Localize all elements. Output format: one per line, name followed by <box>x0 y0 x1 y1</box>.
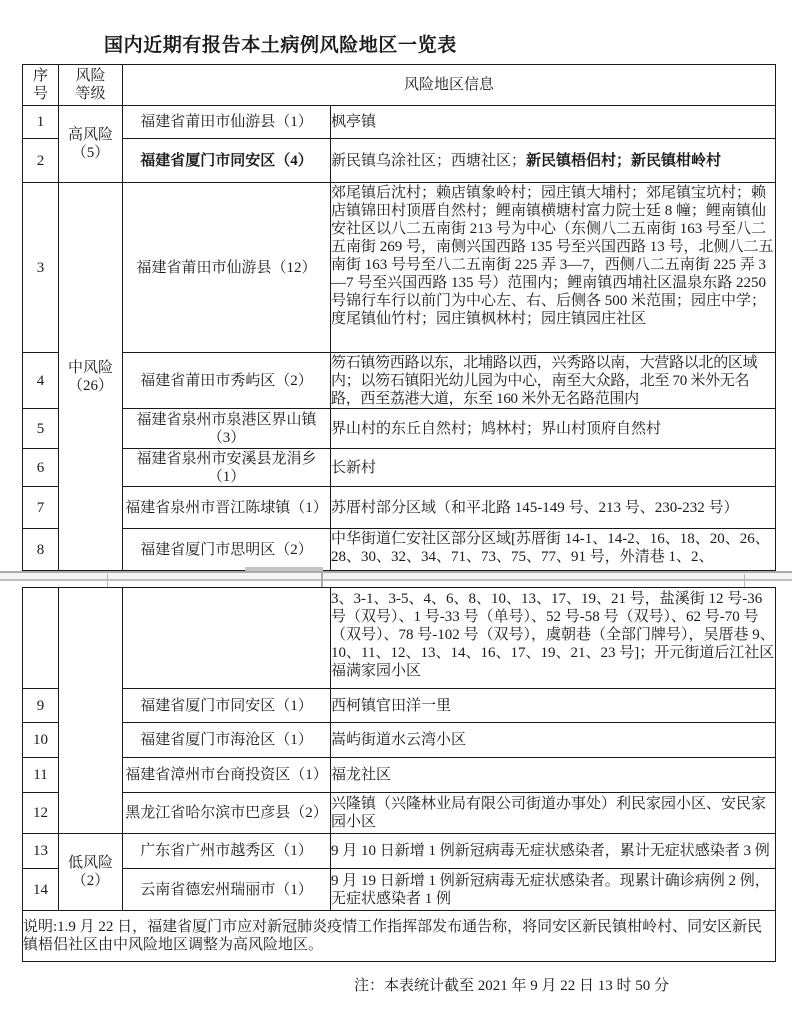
table-row: 6 福建省泉州市安溪县龙涓乡（1） 长新村 <box>23 449 776 487</box>
table-row: 7 福建省泉州市晋江陈埭镇（1） 苏厝村部分区域（和平北路 145-149 号、… <box>23 487 776 529</box>
cell-region: 福建省厦门市思明区（2） <box>123 529 331 571</box>
document-page: 国内近期有报告本土病例风险地区一览表 序 号 风险 等级 风险地区信息 1 高风… <box>0 0 792 1018</box>
page-break-tick <box>321 571 323 587</box>
cell-region: 福建省莆田市仙游县（1） <box>123 106 331 139</box>
cell-region: 福建省泉州市泉港区界山镇（3） <box>123 409 331 449</box>
risk-table-page1: 序 号 风险 等级 风险地区信息 1 高风险 （5） 福建省莆田市仙游县（1） … <box>22 64 776 571</box>
info-text-normal: 新民镇乌涂社区；西塘社区； <box>331 153 526 169</box>
table-row: 8 福建省厦门市思明区（2） 中华街道仁安社区部分区域[苏厝街 14-1、14-… <box>23 529 776 571</box>
table-row: 12 黑龙江省哈尔滨市巴彦县（2） 兴隆镇（兴隆林业局有限公司街道办事处）利民家… <box>23 793 776 834</box>
cell-risk-level-low: 低风险 （2） <box>59 834 123 911</box>
cell-no: 14 <box>23 869 59 911</box>
cell-no: 10 <box>23 723 59 758</box>
document-title: 国内近期有报告本土病例风险地区一览表 <box>104 30 457 57</box>
cell-region: 福建省莆田市仙游县（12） <box>123 183 331 353</box>
cell-info: 新民镇乌涂社区；西塘社区；新民镇梧侣村；新民镇柑岭村 <box>331 139 776 183</box>
cell-region: 福建省漳州市台商投资区（1） <box>123 758 331 793</box>
cell-region: 福建省厦门市海沧区（1） <box>123 723 331 758</box>
table-row: 3 中风险 （26） 福建省莆田市仙游县（12） 郊尾镇后沈村；赖店镇象岭村；园… <box>23 183 776 353</box>
header-cell-no: 序 号 <box>23 65 59 106</box>
cell-risk-level-medium-continued <box>59 588 123 834</box>
cell-info: 长新村 <box>331 449 776 487</box>
cell-risk-level-medium: 中风险 （26） <box>59 183 123 571</box>
cell-no: 11 <box>23 758 59 793</box>
cell-region: 黑龙江省哈尔滨市巴彦县（2） <box>123 793 331 834</box>
table-row: 10 福建省厦门市海沧区（1） 嵩屿街道水云湾小区 <box>23 723 776 758</box>
cell-region: 福建省泉州市晋江陈埭镇（1） <box>123 487 331 529</box>
cell-no: 9 <box>23 689 59 723</box>
cell-info: 兴隆镇（兴隆林业局有限公司街道办事处）利民家园小区、安民家园小区 <box>331 793 776 834</box>
cell-no: 4 <box>23 353 59 409</box>
cell-no: 3 <box>23 183 59 353</box>
table-row: 13 低风险 （2） 广东省广州市越秀区（1） 9 月 10 日新增 1 例新冠… <box>23 834 776 869</box>
cell-no: 8 <box>23 529 59 571</box>
cell-no <box>23 588 59 689</box>
cell-info: 嵩屿街道水云湾小区 <box>331 723 776 758</box>
cell-region: 广东省广州市越秀区（1） <box>123 834 331 869</box>
cell-region: 福建省莆田市秀屿区（2） <box>123 353 331 409</box>
table-row: 5 福建省泉州市泉港区界山镇（3） 界山村的东丘自然村；鸠林村；界山村顶府自然村 <box>23 409 776 449</box>
table-row: 4 福建省莆田市秀屿区（2） 笏石镇笏西路以东，北埔路以西，兴秀路以南，大营路以… <box>23 353 776 409</box>
cell-region: 福建省厦门市同安区（1） <box>123 689 331 723</box>
cell-info: 9 月 19 日新增 1 例新冠病毒无症状感染者。现累计确诊病例 2 例，无症状… <box>331 869 776 911</box>
statistics-cutoff-note: 注：本表统计截至 2021 年 9 月 22 日 13 时 50 分 <box>354 974 669 995</box>
cell-region <box>123 588 331 689</box>
cell-no: 6 <box>23 449 59 487</box>
cell-info: 福龙社区 <box>331 758 776 793</box>
note-cell: 说明:1.9 月 22 日，福建省厦门市应对新冠肺炎疫情工作指挥部发布通告称，将… <box>23 911 776 962</box>
table-row: 11 福建省漳州市台商投资区（1） 福龙社区 <box>23 758 776 793</box>
cell-no: 2 <box>23 139 59 183</box>
table-note-row: 说明:1.9 月 22 日，福建省厦门市应对新冠肺炎疫情工作指挥部发布通告称，将… <box>23 911 776 962</box>
table-header-row: 序 号 风险 等级 风险地区信息 <box>23 65 776 106</box>
cell-info: 枫亭镇 <box>331 106 776 139</box>
info-text-bold: 新民镇梧侣村；新民镇柑岭村 <box>526 153 721 169</box>
cell-info: 郊尾镇后沈村；赖店镇象岭村；园庄镇大埔村；郊尾镇宝坑村；赖店镇锦田村顶厝自然村；… <box>331 183 776 353</box>
table-row: 14 云南省德宏州瑞丽市（1） 9 月 19 日新增 1 例新冠病毒无症状感染者… <box>23 869 776 911</box>
header-cell-info: 风险地区信息 <box>123 65 776 106</box>
cell-info: 苏厝村部分区域（和平北路 145-149 号、213 号、230-232 号） <box>331 487 776 529</box>
cell-info: 西柯镇官田洋一里 <box>331 689 776 723</box>
cell-no: 1 <box>23 106 59 139</box>
cell-risk-level-high: 高风险 （5） <box>59 106 123 183</box>
page-break-tick <box>107 574 108 587</box>
table-row: 2 福建省厦门市同安区（4） 新民镇乌涂社区；西塘社区；新民镇梧侣村；新民镇柑岭… <box>23 139 776 183</box>
table-row-continuation: 3、3-1、3-5、4、6、8、10、13、17、19、21 号，盐溪街 12 … <box>23 588 776 689</box>
cell-region: 福建省泉州市安溪县龙涓乡（1） <box>123 449 331 487</box>
cell-info: 9 月 10 日新增 1 例新冠病毒无症状感染者，累计无症状感染者 3 例 <box>331 834 776 869</box>
cell-info: 3、3-1、3-5、4、6、8、10、13、17、19、21 号，盐溪街 12 … <box>331 588 776 689</box>
cell-region: 云南省德宏州瑞丽市（1） <box>123 869 331 911</box>
table-row: 1 高风险 （5） 福建省莆田市仙游县（1） 枫亭镇 <box>23 106 776 139</box>
cell-no: 13 <box>23 834 59 869</box>
cell-info: 中华街道仁安社区部分区域[苏厝街 14-1、14-2、16、18、20、26、2… <box>331 529 776 571</box>
header-cell-level: 风险 等级 <box>59 65 123 106</box>
cell-info: 笏石镇笏西路以东，北埔路以西，兴秀路以南，大营路以北的区域内；以笏石镇阳光幼儿园… <box>331 353 776 409</box>
cell-no: 7 <box>23 487 59 529</box>
page-break-separator <box>0 571 792 581</box>
risk-table-page2: 3、3-1、3-5、4、6、8、10、13、17、19、21 号，盐溪街 12 … <box>22 587 776 962</box>
cell-no: 12 <box>23 793 59 834</box>
cell-info: 界山村的东丘自然村；鸠林村；界山村顶府自然村 <box>331 409 776 449</box>
table-row: 9 福建省厦门市同安区（1） 西柯镇官田洋一里 <box>23 689 776 723</box>
cell-region: 福建省厦门市同安区（4） <box>123 139 331 183</box>
cell-no: 5 <box>23 409 59 449</box>
page-break-tick <box>744 574 745 587</box>
